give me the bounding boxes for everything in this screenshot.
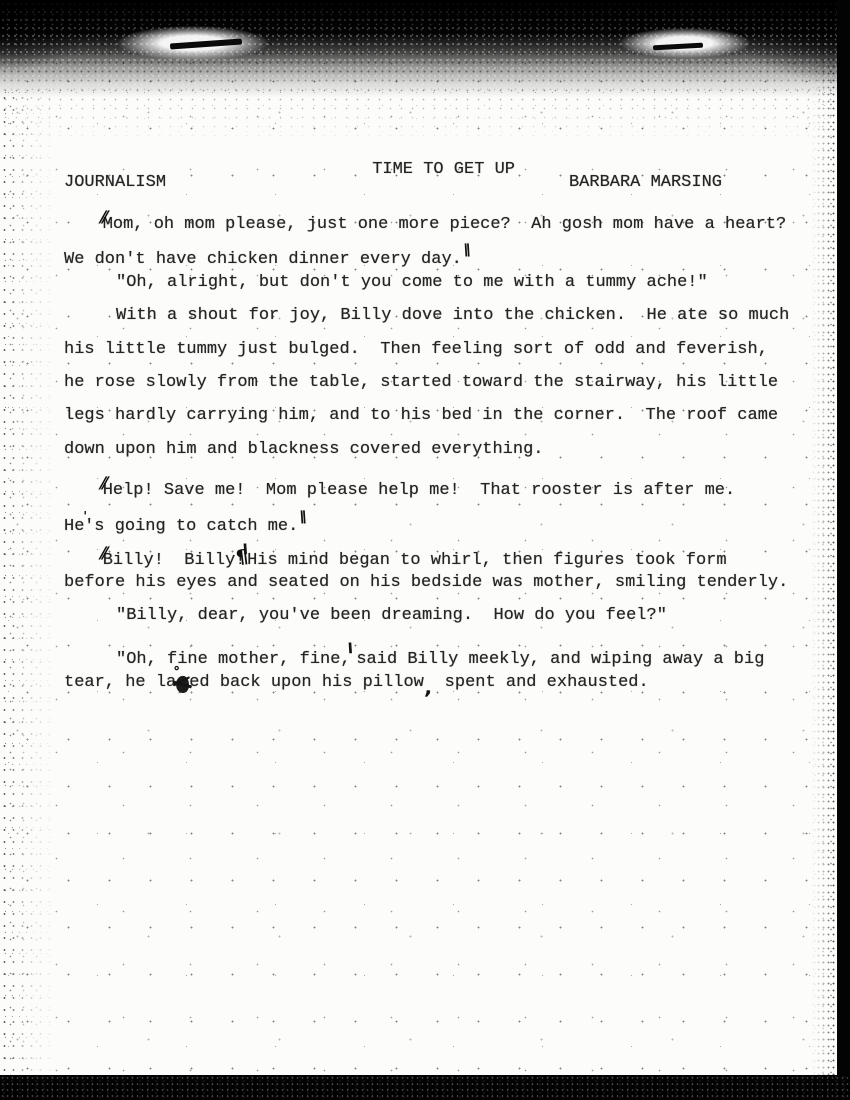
story-line: he rose slowly from the table, started t… — [64, 373, 794, 406]
story-text: said Billy meekly, and wiping away a big — [346, 650, 764, 669]
story-line: //Billy! Billy!\\¶His mind began to whir… — [64, 540, 794, 573]
story-text: "Oh, fine mother, fine, — [116, 650, 351, 669]
story-line: "Billy, dear, you've been dreaming. How … — [64, 606, 794, 639]
story-text: "Billy, dear, you've been dreaming. How … — [116, 606, 667, 625]
story-text: his little tummy just bulged. Then feeli… — [64, 340, 768, 359]
story-text: "Oh, alright, but don't you come to me w… — [116, 273, 708, 292]
handwritten-close-quote-mark: \\ — [297, 507, 307, 527]
story-title-text: TIME TO GET UP — [372, 160, 515, 179]
story-text: 's going to catch me. — [84, 517, 298, 536]
scanned-page: TIME TO GET UP JOURNALISM BARBARA MARSIN… — [0, 0, 850, 1100]
byline-class: JOURNALISM — [64, 173, 166, 206]
story-line: his little tummy just bulged. Then feeli… — [64, 340, 794, 373]
story-line: down upon him and blackness covered ever… — [64, 440, 794, 473]
byline-author: BARBARA MARSING — [569, 173, 722, 206]
story-text: he rose slowly from the table, started t… — [64, 373, 778, 392]
story-line: //Help! Save me! Mom please help me! Tha… — [64, 473, 794, 506]
story-title: TIME TO GET UP — [48, 140, 778, 173]
story-text: spent and exhausted. — [434, 673, 648, 692]
story-text: Help! Save me! Mom please help me! That … — [103, 481, 736, 500]
story-line: before his eyes and seated on his bedsid… — [64, 573, 794, 606]
story-text: before his eyes and seated on his bedsid… — [64, 573, 788, 592]
handwritten-paragraph-mark: ¶ — [235, 546, 249, 567]
story-line: legs hardly carrying him, and to his bed… — [64, 406, 794, 439]
story-line: tear, he lay°ed back upon his pillow, sp… — [64, 673, 794, 706]
story-line: "Oh, alright, but don't you come to me w… — [64, 273, 794, 306]
story-line: With a shout for joy, Billy dove into th… — [64, 306, 794, 339]
story-line: He''s going to catch me.\\ — [64, 506, 794, 539]
handwritten-comma-mark: , — [424, 676, 434, 697]
story-text: down upon him and blackness covered ever… — [64, 440, 543, 459]
handwritten-close-quote-mark: \\ — [460, 240, 470, 260]
story-line: We don't have chicken dinner every day.\… — [64, 240, 794, 273]
story-text: ed back upon his pillow — [189, 673, 424, 692]
story-text: legs hardly carrying him, and to his bed… — [64, 406, 778, 425]
story-text: Billy! Billy! — [103, 551, 246, 570]
story-text: He — [64, 517, 84, 536]
story-text: Mom, oh mom please, just one more piece?… — [103, 215, 787, 234]
story-text: His mind began to whirl, then figures to… — [247, 551, 726, 570]
story-text: We don't have chicken dinner every day. — [64, 250, 462, 269]
story-line: //Mom, oh mom please, just one more piec… — [64, 207, 794, 240]
story-text: tear, he la — [64, 673, 176, 692]
story-text: With a shout for joy, Billy dove into th… — [116, 306, 789, 325]
manuscript-content: TIME TO GET UP JOURNALISM BARBARA MARSIN… — [0, 0, 850, 1100]
